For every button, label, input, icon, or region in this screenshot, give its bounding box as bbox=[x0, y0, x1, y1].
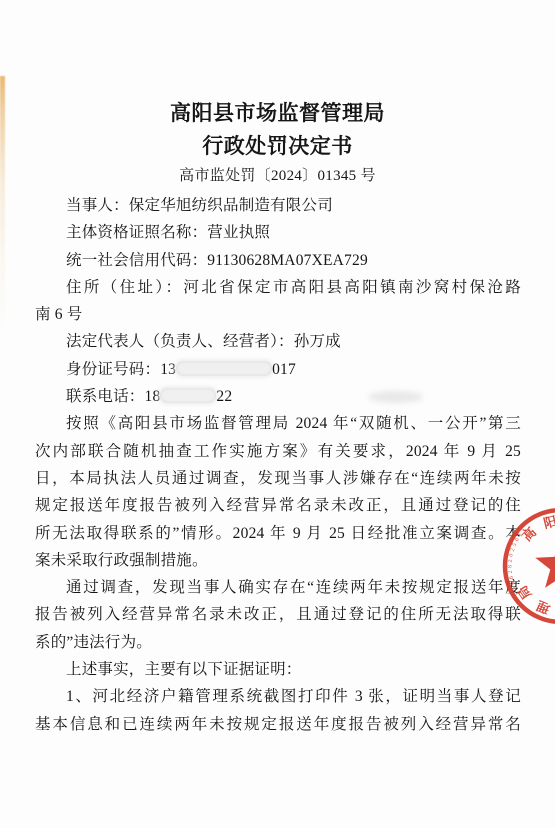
svg-text:阳: 阳 bbox=[542, 513, 555, 531]
line-text: 案未采取行政强制措施。 bbox=[35, 552, 208, 569]
line-text: 系的”违法行为。 bbox=[35, 634, 152, 651]
body-line: 规定报送年度报告被列入经营异常名录未改正，且通过登记的住 bbox=[35, 492, 521, 519]
line-text: 联系电话：18 bbox=[66, 388, 160, 405]
scan-edge-artifact bbox=[0, 76, 5, 336]
body-line: 基本信息和已连续两年未按规定报送年度报告被列入经营异常名 bbox=[35, 711, 521, 738]
document-title: 行政处罚决定书 bbox=[0, 130, 555, 163]
svg-text:2: 2 bbox=[508, 559, 514, 563]
body-line: 报告被列入经营异常名录未改正，且通过登记的住所无法取得联 bbox=[35, 601, 521, 628]
body-line: 按照《高阳县市场监督管理局 2024 年“双随机、一公开”第三 bbox=[35, 410, 521, 437]
authority-name: 高阳县市场监督管理局 bbox=[0, 97, 555, 130]
body-line: 日，本局执法人员通过调查，发现当事人涉嫌存在“连续两年未按 bbox=[35, 465, 521, 492]
line-text: 身份证号码：13 bbox=[66, 361, 176, 378]
redaction-blob bbox=[176, 361, 272, 376]
line-text: 当事人：保定华旭纺织品制造有限公司 bbox=[66, 197, 333, 214]
body-line: 南 6 号 bbox=[35, 301, 521, 328]
document-number: 高市监处罚〔2024〕01345 号 bbox=[0, 166, 555, 187]
body-line: 联系电话：1822 bbox=[35, 383, 521, 410]
line-text: 上述事实，主要有以下证据证明： bbox=[66, 661, 302, 678]
body-line: 当事人：保定华旭纺织品制造有限公司 bbox=[35, 192, 521, 219]
line-text-suffix: 22 bbox=[216, 388, 232, 405]
line-text: 法定代表人（负责人、经营者）：孙万成 bbox=[66, 333, 341, 350]
svg-text:2: 2 bbox=[508, 570, 514, 574]
svg-text:0: 0 bbox=[508, 553, 514, 557]
line-text: 南 6 号 bbox=[35, 306, 83, 323]
scan-smudge-artifact bbox=[368, 391, 423, 403]
line-text: 按照《高阳县市场监督管理局 2024 年“双随机、一公开”第三 bbox=[66, 415, 521, 432]
body-line: 案未采取行政强制措施。 bbox=[35, 547, 521, 574]
line-text: 报告被列入经营异常名录未改正，且通过登记的住所无法取得联 bbox=[35, 606, 521, 623]
body-line: 系的”违法行为。 bbox=[35, 629, 521, 656]
svg-text:5: 5 bbox=[512, 542, 519, 547]
body-line: 住所（住址）：河北省保定市高阳县高阳镇南沙窝村保沧路 bbox=[35, 274, 521, 301]
body-line: 主体资格证照名称：营业执照 bbox=[35, 219, 521, 246]
redaction-blob bbox=[160, 388, 216, 403]
line-text: 统一社会信用代码：91130628MA07XEA729 bbox=[66, 252, 368, 269]
line-text: 基本信息和已连续两年未按规定报送年度报告被列入经营异常名 bbox=[35, 716, 521, 733]
svg-text:6: 6 bbox=[509, 575, 516, 579]
body-line: 法定代表人（负责人、经营者）：孙万成 bbox=[35, 328, 521, 355]
body-line: 通过调查，发现当事人确实存在“连续两年未按规定报送年度 bbox=[35, 574, 521, 601]
line-text: 1、河北经济户籍管理系统截图打印件 3 张，证明当事人登记 bbox=[66, 688, 521, 705]
line-text: 规定报送年度报告被列入经营异常名录未改正，且通过登记的住 bbox=[35, 497, 521, 514]
line-text: 次内部联合随机抽查工作实施方案》有关要求，2024 年 9 月 25 bbox=[35, 443, 521, 460]
body-line: 次内部联合随机抽查工作实施方案》有关要求，2024 年 9 月 25 bbox=[35, 438, 521, 465]
body-line: 所无法取得联系的”情形。2024 年 9 月 25 日经批准立案调查。本 bbox=[35, 520, 521, 547]
official-seal: 高阳县市场监督管理局 1306282025013 bbox=[495, 500, 555, 635]
scanned-penalty-decision-page: 高阳县市场监督管理局 行政处罚决定书 高市监处罚〔2024〕01345 号 当事… bbox=[0, 0, 555, 828]
body-line: 统一社会信用代码：91130628MA07XEA729 bbox=[35, 247, 521, 274]
line-text: 所无法取得联系的”情形。2024 年 9 月 25 日经批准立案调查。本 bbox=[35, 525, 521, 542]
line-text: 住所（住址）：河北省保定市高阳县高阳镇南沙窝村保沧路 bbox=[66, 279, 521, 296]
line-text: 通过调查，发现当事人确实存在“连续两年未按规定报送年度 bbox=[66, 579, 521, 596]
document-body: 当事人：保定华旭纺织品制造有限公司主体资格证照名称：营业执照统一社会信用代码：9… bbox=[35, 192, 521, 738]
svg-text:0: 0 bbox=[514, 537, 521, 543]
body-line: 身份证号码：13017 bbox=[35, 356, 521, 383]
body-line: 上述事实，主要有以下证据证明： bbox=[35, 656, 521, 683]
svg-text:8: 8 bbox=[507, 565, 513, 568]
line-text: 日，本局执法人员通过调查，发现当事人涉嫌存在“连续两年未按 bbox=[35, 470, 521, 487]
body-line: 1、河北经济户籍管理系统截图打印件 3 张，证明当事人登记 bbox=[35, 683, 521, 710]
document-title-block: 高阳县市场监督管理局 行政处罚决定书 bbox=[0, 0, 555, 163]
line-text: 主体资格证照名称：营业执照 bbox=[66, 224, 270, 241]
seal-star-icon bbox=[535, 539, 555, 588]
line-text-suffix: 017 bbox=[272, 361, 296, 378]
svg-text:0: 0 bbox=[510, 580, 517, 585]
svg-text:2: 2 bbox=[510, 548, 517, 553]
